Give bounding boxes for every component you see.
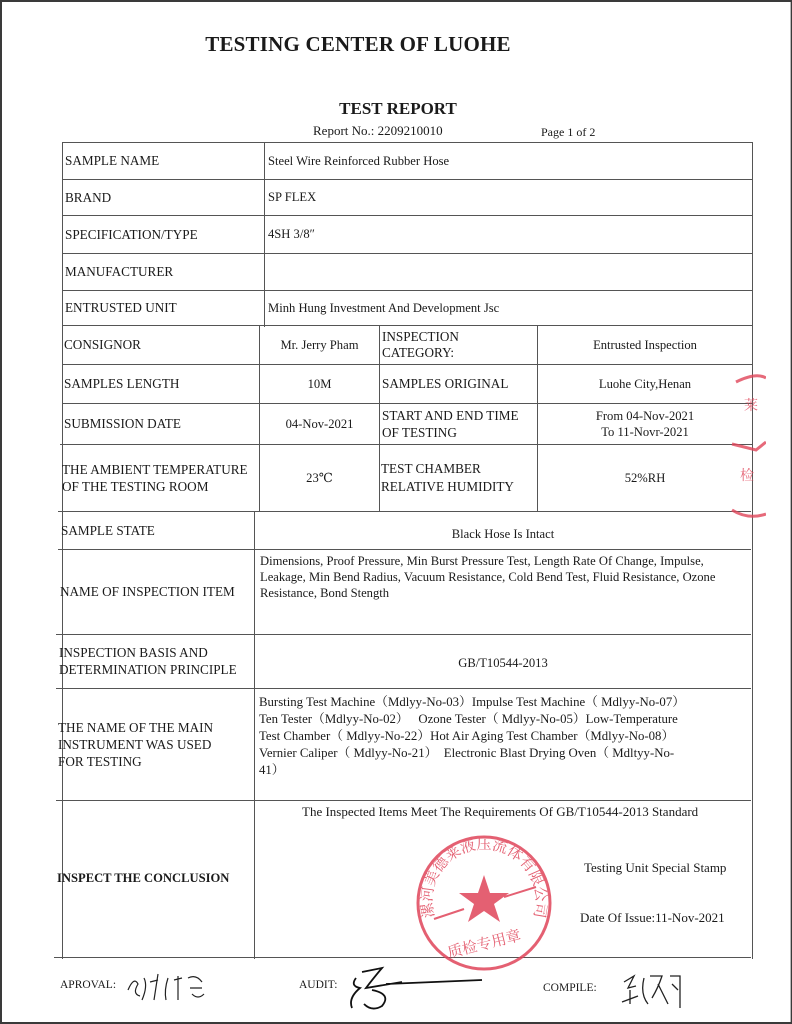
date-of-issue: Date Of Issue:11-Nov-2021 [580, 910, 725, 926]
label-ambient-temperature: THE AMBIENT TEMPERATURE OF THE TESTING R… [62, 444, 252, 511]
value-submission-date: 04-Nov-2021 [260, 403, 379, 444]
label-samples-original: SAMPLES ORIGINAL [382, 364, 537, 403]
value-manufacturer [268, 253, 748, 290]
label-instruments: THE NAME OF THE MAIN INSTRUMENT WAS USED… [58, 688, 238, 800]
value-instruments: Bursting Test Machine（Mdlyy-No-03）Impuls… [259, 694, 751, 779]
value-inspection-basis: GB/T10544-2013 [256, 634, 750, 692]
value-samples-length: 10M [260, 364, 379, 403]
instrument-line: Test Chamber（ Mdlyy-No-22）Hot Air Aging … [259, 728, 751, 745]
instrument-line: 41） [259, 762, 751, 779]
value-inspection-category: Entrusted Inspection [538, 325, 752, 364]
audit-label: AUDIT: [299, 979, 337, 991]
label-inspection-basis: INSPECTION BASIS AND DETERMINATION PRINC… [59, 634, 254, 688]
label-sample-state: SAMPLE STATE [61, 511, 251, 549]
value-relative-humidity: 52%RH [538, 444, 752, 511]
label-sample-name: SAMPLE NAME [65, 142, 260, 179]
label-relative-humidity: TEST CHAMBER RELATIVE HUMIDITY [381, 444, 536, 511]
value-entrusted-unit: Minh Hung Investment And Development Jsc [268, 290, 748, 325]
instrument-line: Vernier Caliper（ Mdlyy-No-21） Electronic… [259, 745, 751, 762]
official-stamp-icon: 漯河美德莱液压流体有限公司 质检专用章 [414, 833, 554, 973]
label-inspection-items: NAME OF INSPECTION ITEM [60, 549, 252, 634]
conclusion-statement: The Inspected Items Meet The Requirement… [302, 804, 698, 820]
testing-start: From 04-Nov-2021 [596, 408, 694, 424]
svg-text:漯河美德莱液压流体有限公司: 漯河美德莱液压流体有限公司 [418, 835, 551, 919]
value-sample-state: Black Hose Is Intact [256, 511, 750, 557]
label-entrusted-unit: ENTRUSTED UNIT [65, 290, 260, 325]
instrument-line: Ten Tester（Mdlyy-No-02） Ozone Tester（ Md… [259, 711, 751, 728]
label-inspection-basis-line2: DETERMINATION PRINCIPLE [59, 661, 237, 678]
document-title: TEST REPORT [218, 99, 578, 119]
testing-end: To 11-Novr-2021 [601, 424, 689, 440]
stamp-note: Testing Unit Special Stamp [584, 860, 726, 876]
label-inspection-basis-line1: INSPECTION BASIS AND [59, 644, 208, 661]
value-consignor: Mr. Jerry Pham [260, 325, 379, 364]
page-indicator: Page 1 of 2 [541, 125, 595, 140]
label-consignor: CONSIGNOR [64, 325, 257, 364]
approval-label: APROVAL: [60, 979, 116, 991]
approval-signature-icon [124, 970, 210, 1004]
instrument-line: Bursting Test Machine（Mdlyy-No-03）Impuls… [259, 694, 751, 711]
label-start-end-time: START AND END TIME OF TESTING [382, 403, 537, 444]
label-inspection-category: INSPECTION CATEGORY: [382, 325, 532, 364]
value-ambient-temperature: 23℃ [260, 444, 379, 511]
value-inspection-items: Dimensions, Proof Pressure, Min Burst Pr… [260, 553, 738, 608]
organization-title: TESTING CENTER OF LUOHE [2, 32, 714, 57]
value-specification: 4SH 3/8″ [268, 215, 748, 253]
label-manufacturer: MANUFACTURER [65, 253, 260, 290]
label-brand: BRAND [65, 179, 260, 215]
label-submission-date: SUBMISSION DATE [64, 403, 257, 444]
audit-signature-icon [342, 964, 492, 1014]
value-samples-original: Luohe City,Henan [538, 364, 752, 403]
report-number: Report No.: 2209210010 [313, 123, 443, 139]
label-samples-length: SAMPLES LENGTH [64, 364, 257, 403]
value-brand: SP FLEX [268, 179, 748, 215]
value-start-end-time: From 04-Nov-2021 To 11-Novr-2021 [538, 403, 752, 444]
value-sample-name: Steel Wire Reinforced Rubber Hose [268, 142, 748, 179]
compile-label: COMPILE: [543, 982, 597, 994]
compile-signature-icon [618, 968, 688, 1012]
label-specification: SPECIFICATION/TYPE [65, 215, 260, 253]
label-conclusion: INSPECT THE CONCLUSION [57, 800, 254, 957]
report-page: TESTING CENTER OF LUOHE TEST REPORT Repo… [2, 2, 791, 1022]
